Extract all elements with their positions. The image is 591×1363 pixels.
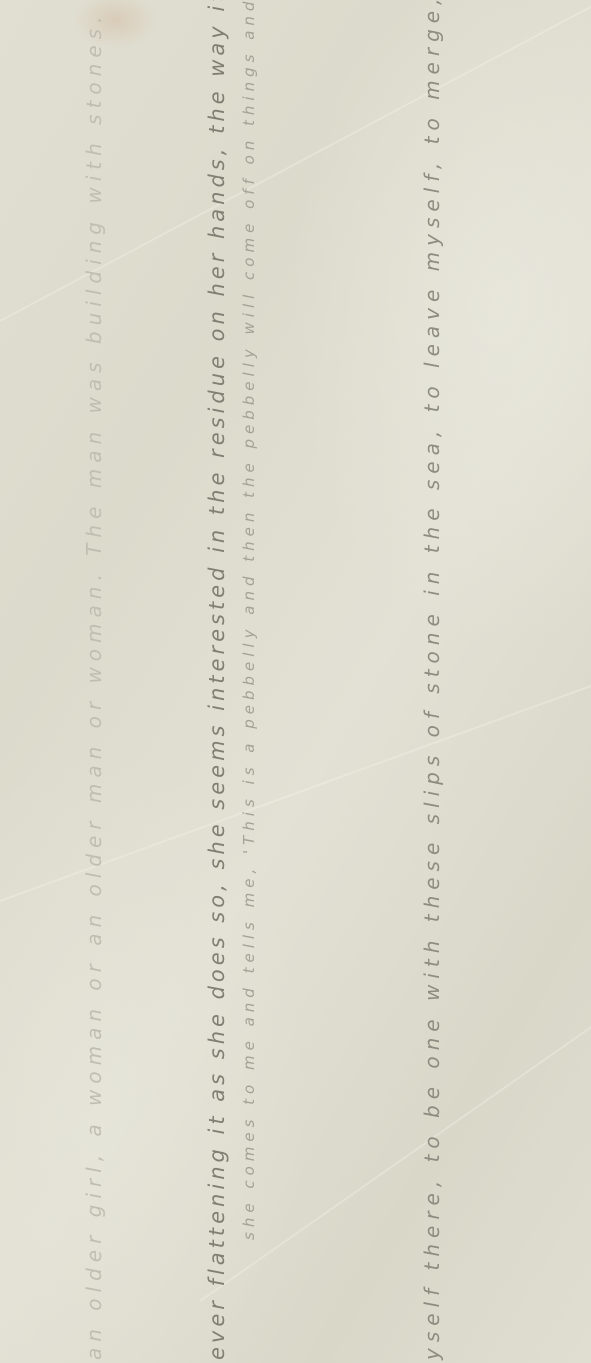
handwritten-line-2: ever flattening it as she does so, she s… xyxy=(205,0,229,1360)
handwritten-line-3: she comes to me and tells me, 'This is a… xyxy=(240,0,258,1240)
handwritten-line-1: an older girl, a woman or an older man o… xyxy=(82,0,106,1360)
handwritten-line-4: yself there, to be one with these slips … xyxy=(420,0,444,1360)
